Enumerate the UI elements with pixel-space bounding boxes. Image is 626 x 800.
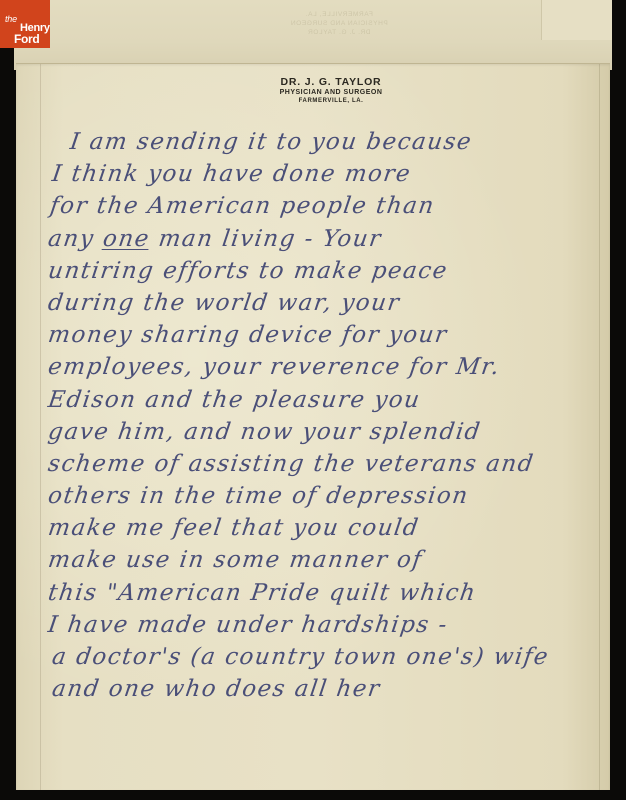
letterhead-name: DR. J. G. TAYLOR [52,76,610,88]
logo-the: the [5,14,17,24]
handwritten-line: scheme of assisting the veterans and [44,448,609,480]
mirrored-title: PHYSICIAN AND SURGEON [284,19,394,28]
handwritten-line: make me feel that you could [44,512,609,544]
handwritten-line: a doctor's (a country town one's) wife [44,641,609,673]
letter-page: DR. J. G. TAYLOR PHYSICIAN AND SURGEON F… [16,64,610,790]
letterhead-title: PHYSICIAN AND SURGEON [52,89,610,96]
handwritten-line: make use in some manner of [44,544,609,576]
underlined-word: one [101,226,151,252]
handwritten-body: I am sending it to you because I think y… [44,126,604,705]
handwritten-line: Edison and the pleasure you [44,384,609,416]
handwritten-line: money sharing device for your [44,319,609,351]
scan-border [0,48,14,800]
logo-ford: Ford [14,32,39,46]
mirrored-name: DR. J. G. TAYLOR [284,28,394,37]
handwritten-line: during the world war, your [44,287,609,319]
handwritten-line: untiring efforts to make peace [44,255,609,287]
handwritten-line: this "American Pride quilt which [44,577,609,609]
handwritten-line: employees, your reverence for Mr. [44,351,609,383]
handwritten-line: I think you have done more [44,158,609,190]
letterhead-place: FARMERVILLE, LA. [52,98,610,104]
mirrored-place: FARMERVILLE, LA. [284,10,394,19]
letterhead: DR. J. G. TAYLOR PHYSICIAN AND SURGEON F… [16,76,610,104]
handwritten-line: others in the time of depression [44,480,609,512]
henry-ford-logo: the Henry Ford [0,0,50,48]
handwritten-line: I am sending it to you because [44,126,609,158]
handwritten-line: gave him, and now your splendid [44,416,609,448]
handwritten-line: I have made under hardships - [44,609,609,641]
handwritten-line: any one man living - Your [44,223,609,255]
sheet-flap [541,0,612,40]
document-viewer: FARMERVILLE, LA. PHYSICIAN AND SURGEON D… [0,0,626,800]
handwritten-line: for the American people than [44,190,609,222]
handwritten-line: and one who does all her [44,673,609,705]
back-sheet: FARMERVILLE, LA. PHYSICIAN AND SURGEON D… [14,0,612,70]
mirrored-letterhead: FARMERVILLE, LA. PHYSICIAN AND SURGEON D… [284,10,394,37]
